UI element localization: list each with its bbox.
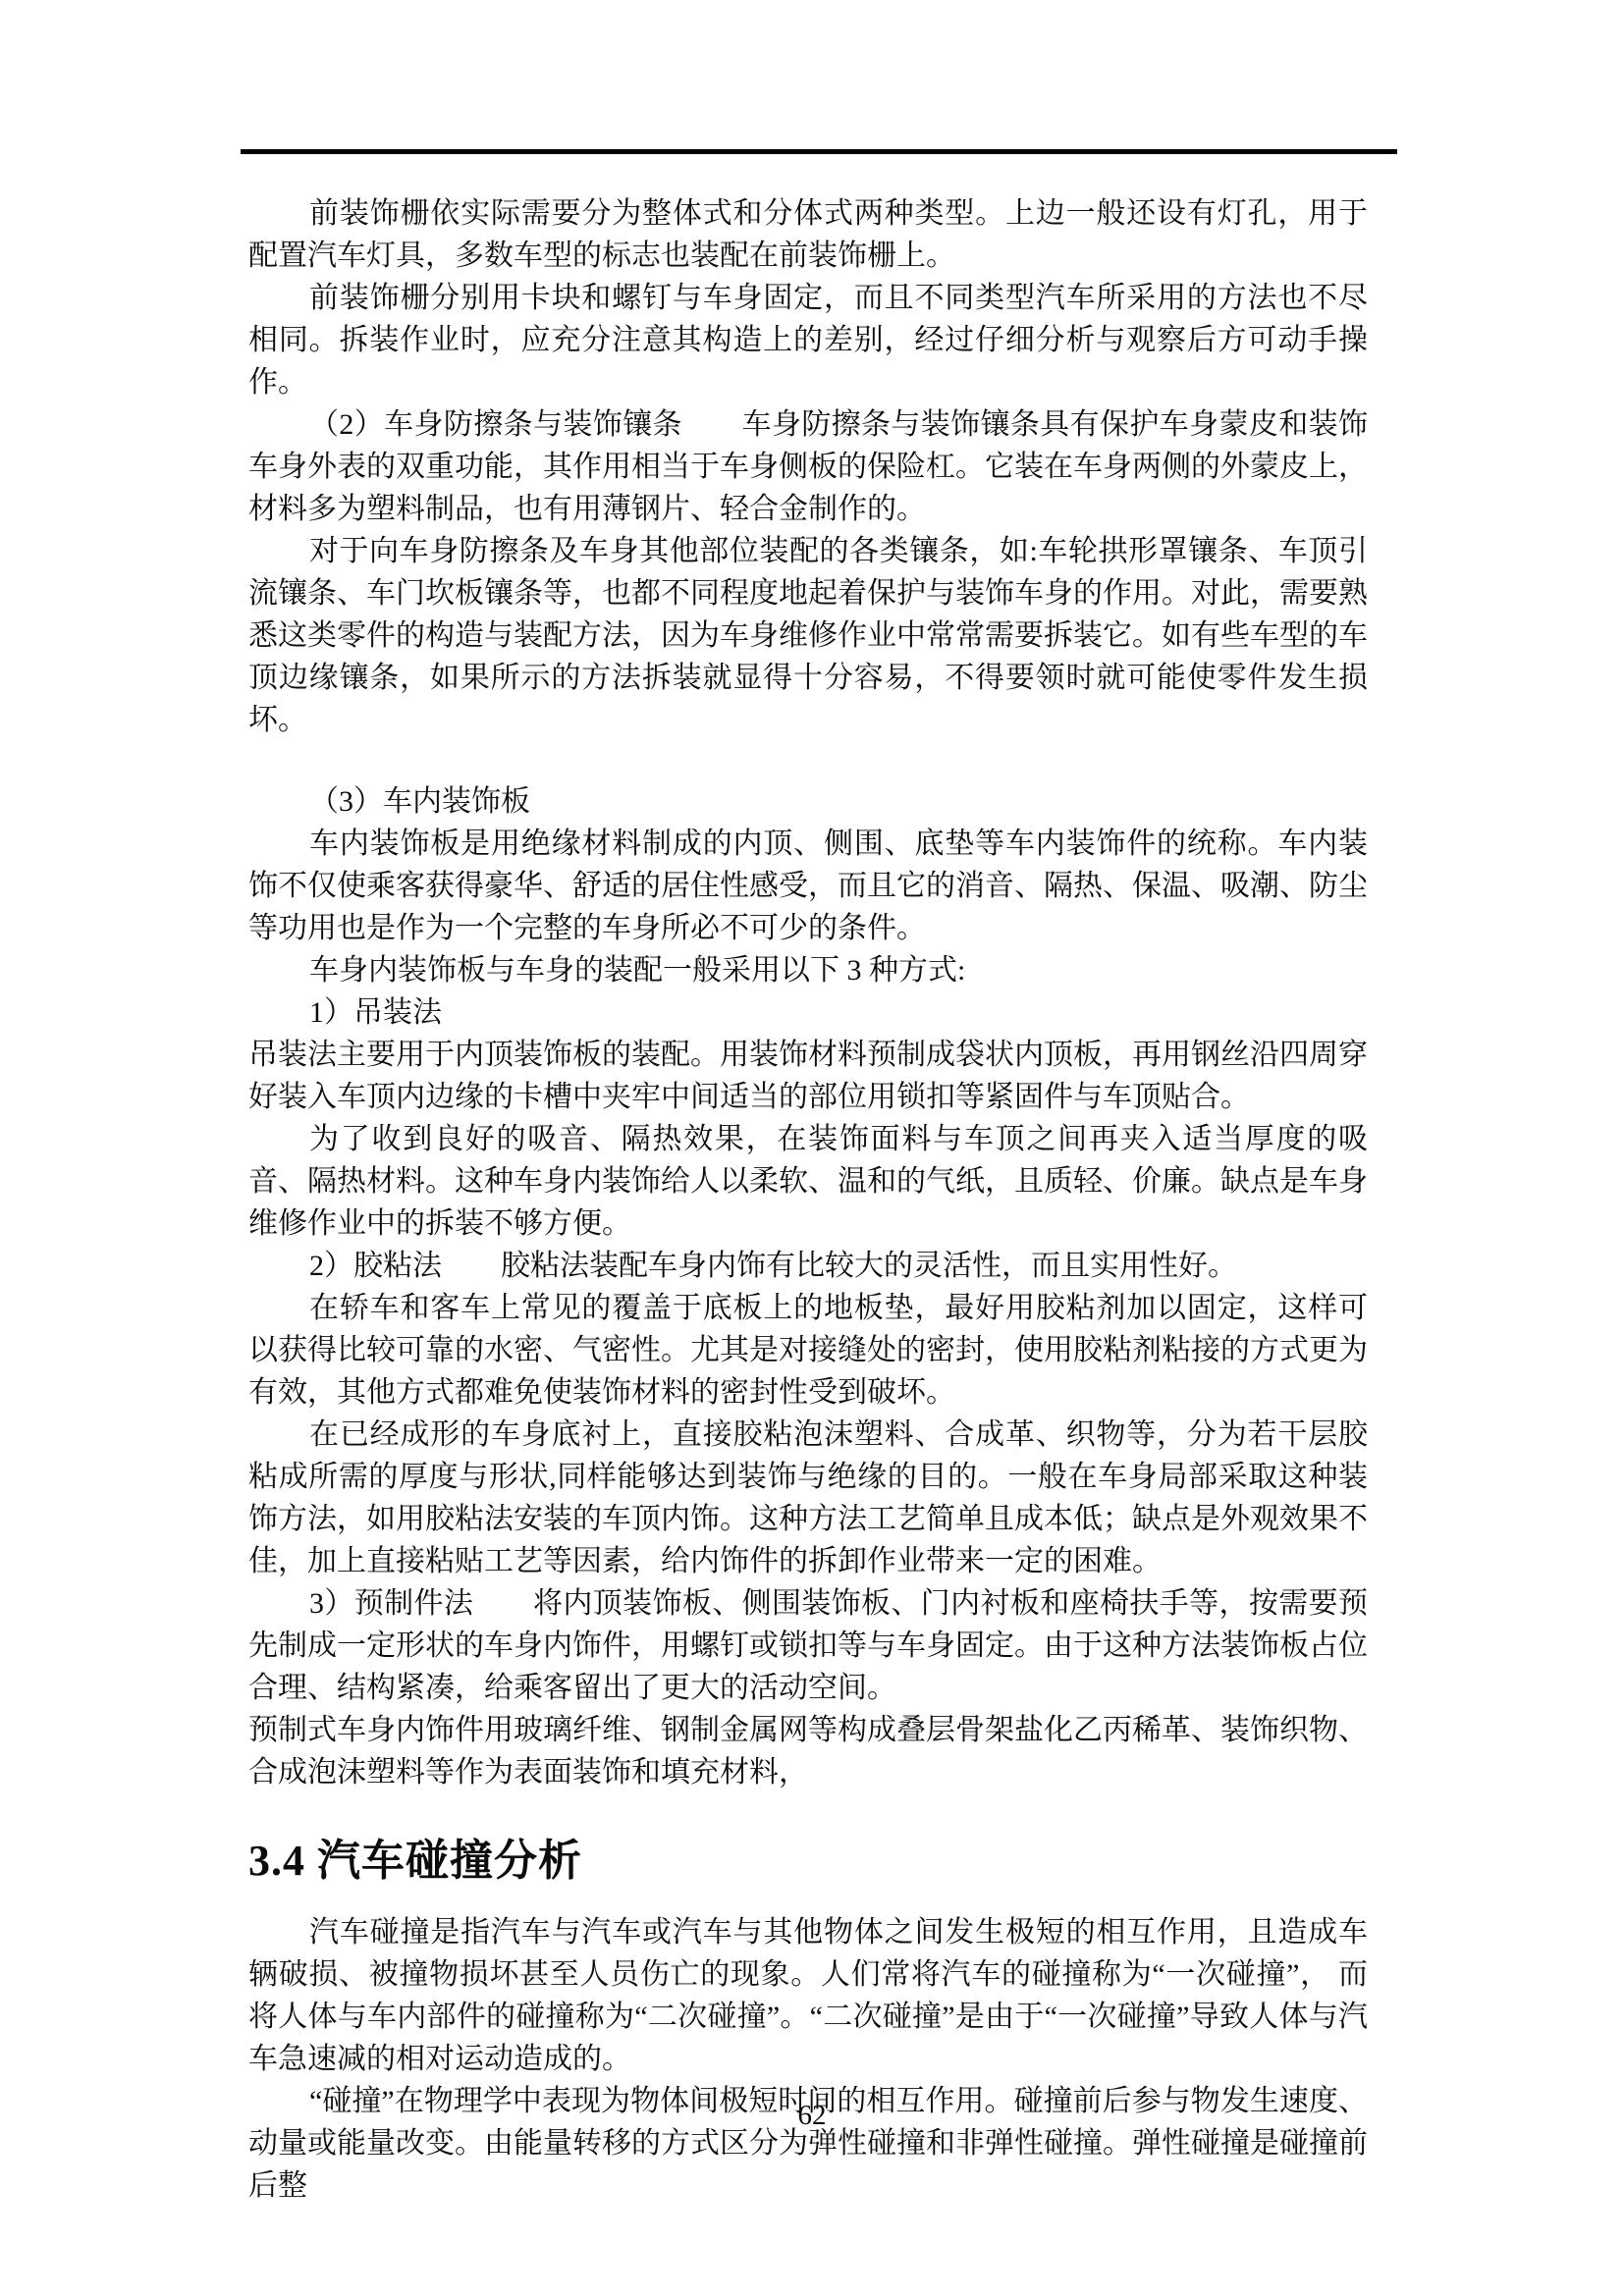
paragraph: 前装饰栅依实际需要分为整体式和分体式两种类型。上边一般还设有灯孔，用于配置汽车灯… bbox=[248, 192, 1368, 277]
paragraph: 3）预制件法 将内顶装饰板、侧围装饰板、门内衬板和座椅扶手等，按需要预先制成一定… bbox=[248, 1582, 1368, 1709]
section-heading: 3.4 汽车碰撞分析 bbox=[248, 1835, 1368, 1888]
paragraph: （2）车身防擦条与装饰镶条 车身防擦条与装饰镶条具有保护车身蒙皮和装饰车身外表的… bbox=[248, 403, 1368, 530]
paragraph: 预制式车身内饰件用玻璃纤维、钢制金属网等构成叠层骨架盐化乙丙稀革、装饰织物、合成… bbox=[248, 1709, 1368, 1793]
paragraph: 车身内装饰板与车身的装配一般采用以下 3 种方式: bbox=[248, 949, 1368, 991]
header-rule bbox=[241, 149, 1397, 154]
paragraph: 车内装饰板是用绝缘材料制成的内顶、侧围、底垫等车内装饰件的统称。车内装饰不仅使乘… bbox=[248, 823, 1368, 949]
paragraph: 1）吊装法 bbox=[248, 991, 1368, 1034]
paragraph: 吊装法主要用于内顶装饰板的装配。用装饰材料预制成袋状内顶板，再用钢丝沿四周穿好装… bbox=[248, 1034, 1368, 1118]
page-content: 前装饰栅依实际需要分为整体式和分体式两种类型。上边一般还设有灯孔，用于配置汽车灯… bbox=[248, 192, 1368, 2207]
paragraph: （3）车内装饰板 bbox=[248, 780, 1368, 823]
page-number: 62 bbox=[0, 2099, 1624, 2132]
paragraph: 前装饰栅分别用卡块和螺钉与车身固定，而且不同类型汽车所采用的方法也不尽相同。拆装… bbox=[248, 277, 1368, 403]
paragraph: 在轿车和客车上常见的覆盖于底板上的地板垫，最好用胶粘剂加以固定，这样可以获得比较… bbox=[248, 1287, 1368, 1414]
paragraph: 在已经成形的车身底衬上，直接胶粘泡沫塑料、合成革、织物等，分为若干层胶粘成所需的… bbox=[248, 1414, 1368, 1582]
document-page: 前装饰栅依实际需要分为整体式和分体式两种类型。上边一般还设有灯孔，用于配置汽车灯… bbox=[0, 0, 1624, 2296]
paragraph: 汽车碰撞是指汽车与汽车或汽车与其他物体之间发生极短的相互作用，且造成车辆破损、被… bbox=[248, 1911, 1368, 2080]
paragraph: 对于向车身防擦条及车身其他部位装配的各类镶条，如:车轮拱形罩镶条、车顶引流镶条、… bbox=[248, 530, 1368, 741]
paragraph: 2）胶粘法 胶粘法装配车身内饰有比较大的灵活性，而且实用性好。 bbox=[248, 1245, 1368, 1287]
paragraph: 为了收到良好的吸音、隔热效果，在装饰面料与车顶之间再夹入适当厚度的吸音、隔热材料… bbox=[248, 1118, 1368, 1245]
